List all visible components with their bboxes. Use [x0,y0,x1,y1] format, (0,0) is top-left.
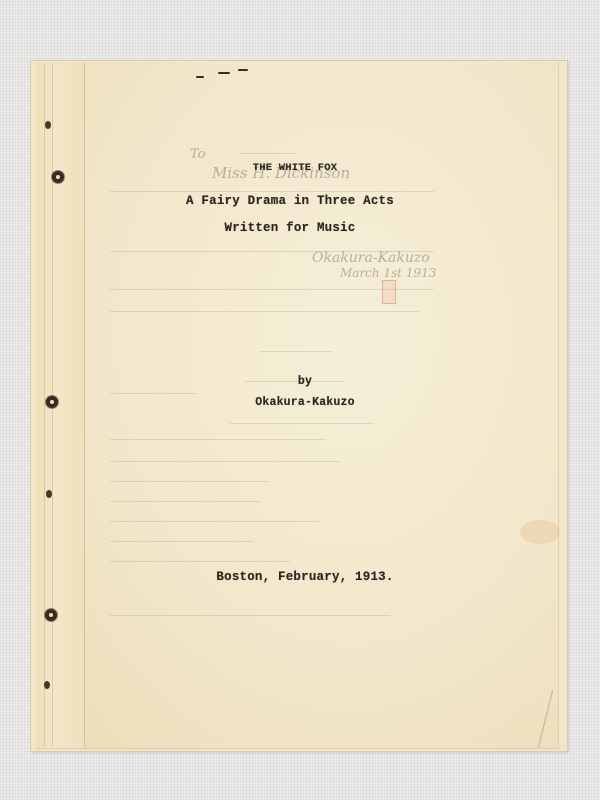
bleed-through-text: ────────────────────────────── [110,434,326,447]
ink-mark [218,72,230,74]
document-title: THE WHITE FOX [130,162,460,174]
place-date: Boston, February, 1913. [100,570,510,584]
author-name: Okakura-Kakuzo [100,396,510,409]
ink-mark [238,69,248,71]
punch-hole-icon [44,681,50,689]
bleed-through-text: ────────── [260,346,332,359]
document-subtitle-music: Written for Music [100,221,480,235]
bleed-through-text: ──────────────────────────────── [110,456,340,469]
bleed-through-text: ──────────────────── [110,536,254,549]
punch-hole-icon [45,121,51,129]
binding-fold-line [84,64,85,746]
byline-prefix: by [100,375,510,388]
page-edge-line [44,64,45,746]
bleed-through-text: ───────────────────── [110,496,261,509]
handwritten-note: To [190,147,206,162]
ink-mark [196,76,204,78]
bleed-through-text: ───────────────────────── [110,556,290,569]
bleed-through-text: ────────────────────────────────────────… [110,306,420,319]
handwritten-date: March 1st 1913 [340,266,436,280]
bleed-through-text: ──────── [240,148,298,161]
bleed-through-text: ─────────────────────────────────────── [110,610,391,623]
paper-stain [520,520,560,544]
grommet-icon [52,171,64,183]
handwritten-signature: Okakura-Kakuzo [312,250,430,266]
punch-hole-icon [46,490,52,498]
bleed-through-text: ───────────────────────────── [110,516,319,529]
grommet-icon [46,396,58,408]
bleed-through-text: ────────────────────── [110,476,268,489]
bleed-through-text: ──────────────────── [230,418,374,431]
grommet-icon [45,609,57,621]
document-subtitle: A Fairy Drama in Three Acts [100,194,480,208]
red-seal-stamp [382,280,396,304]
